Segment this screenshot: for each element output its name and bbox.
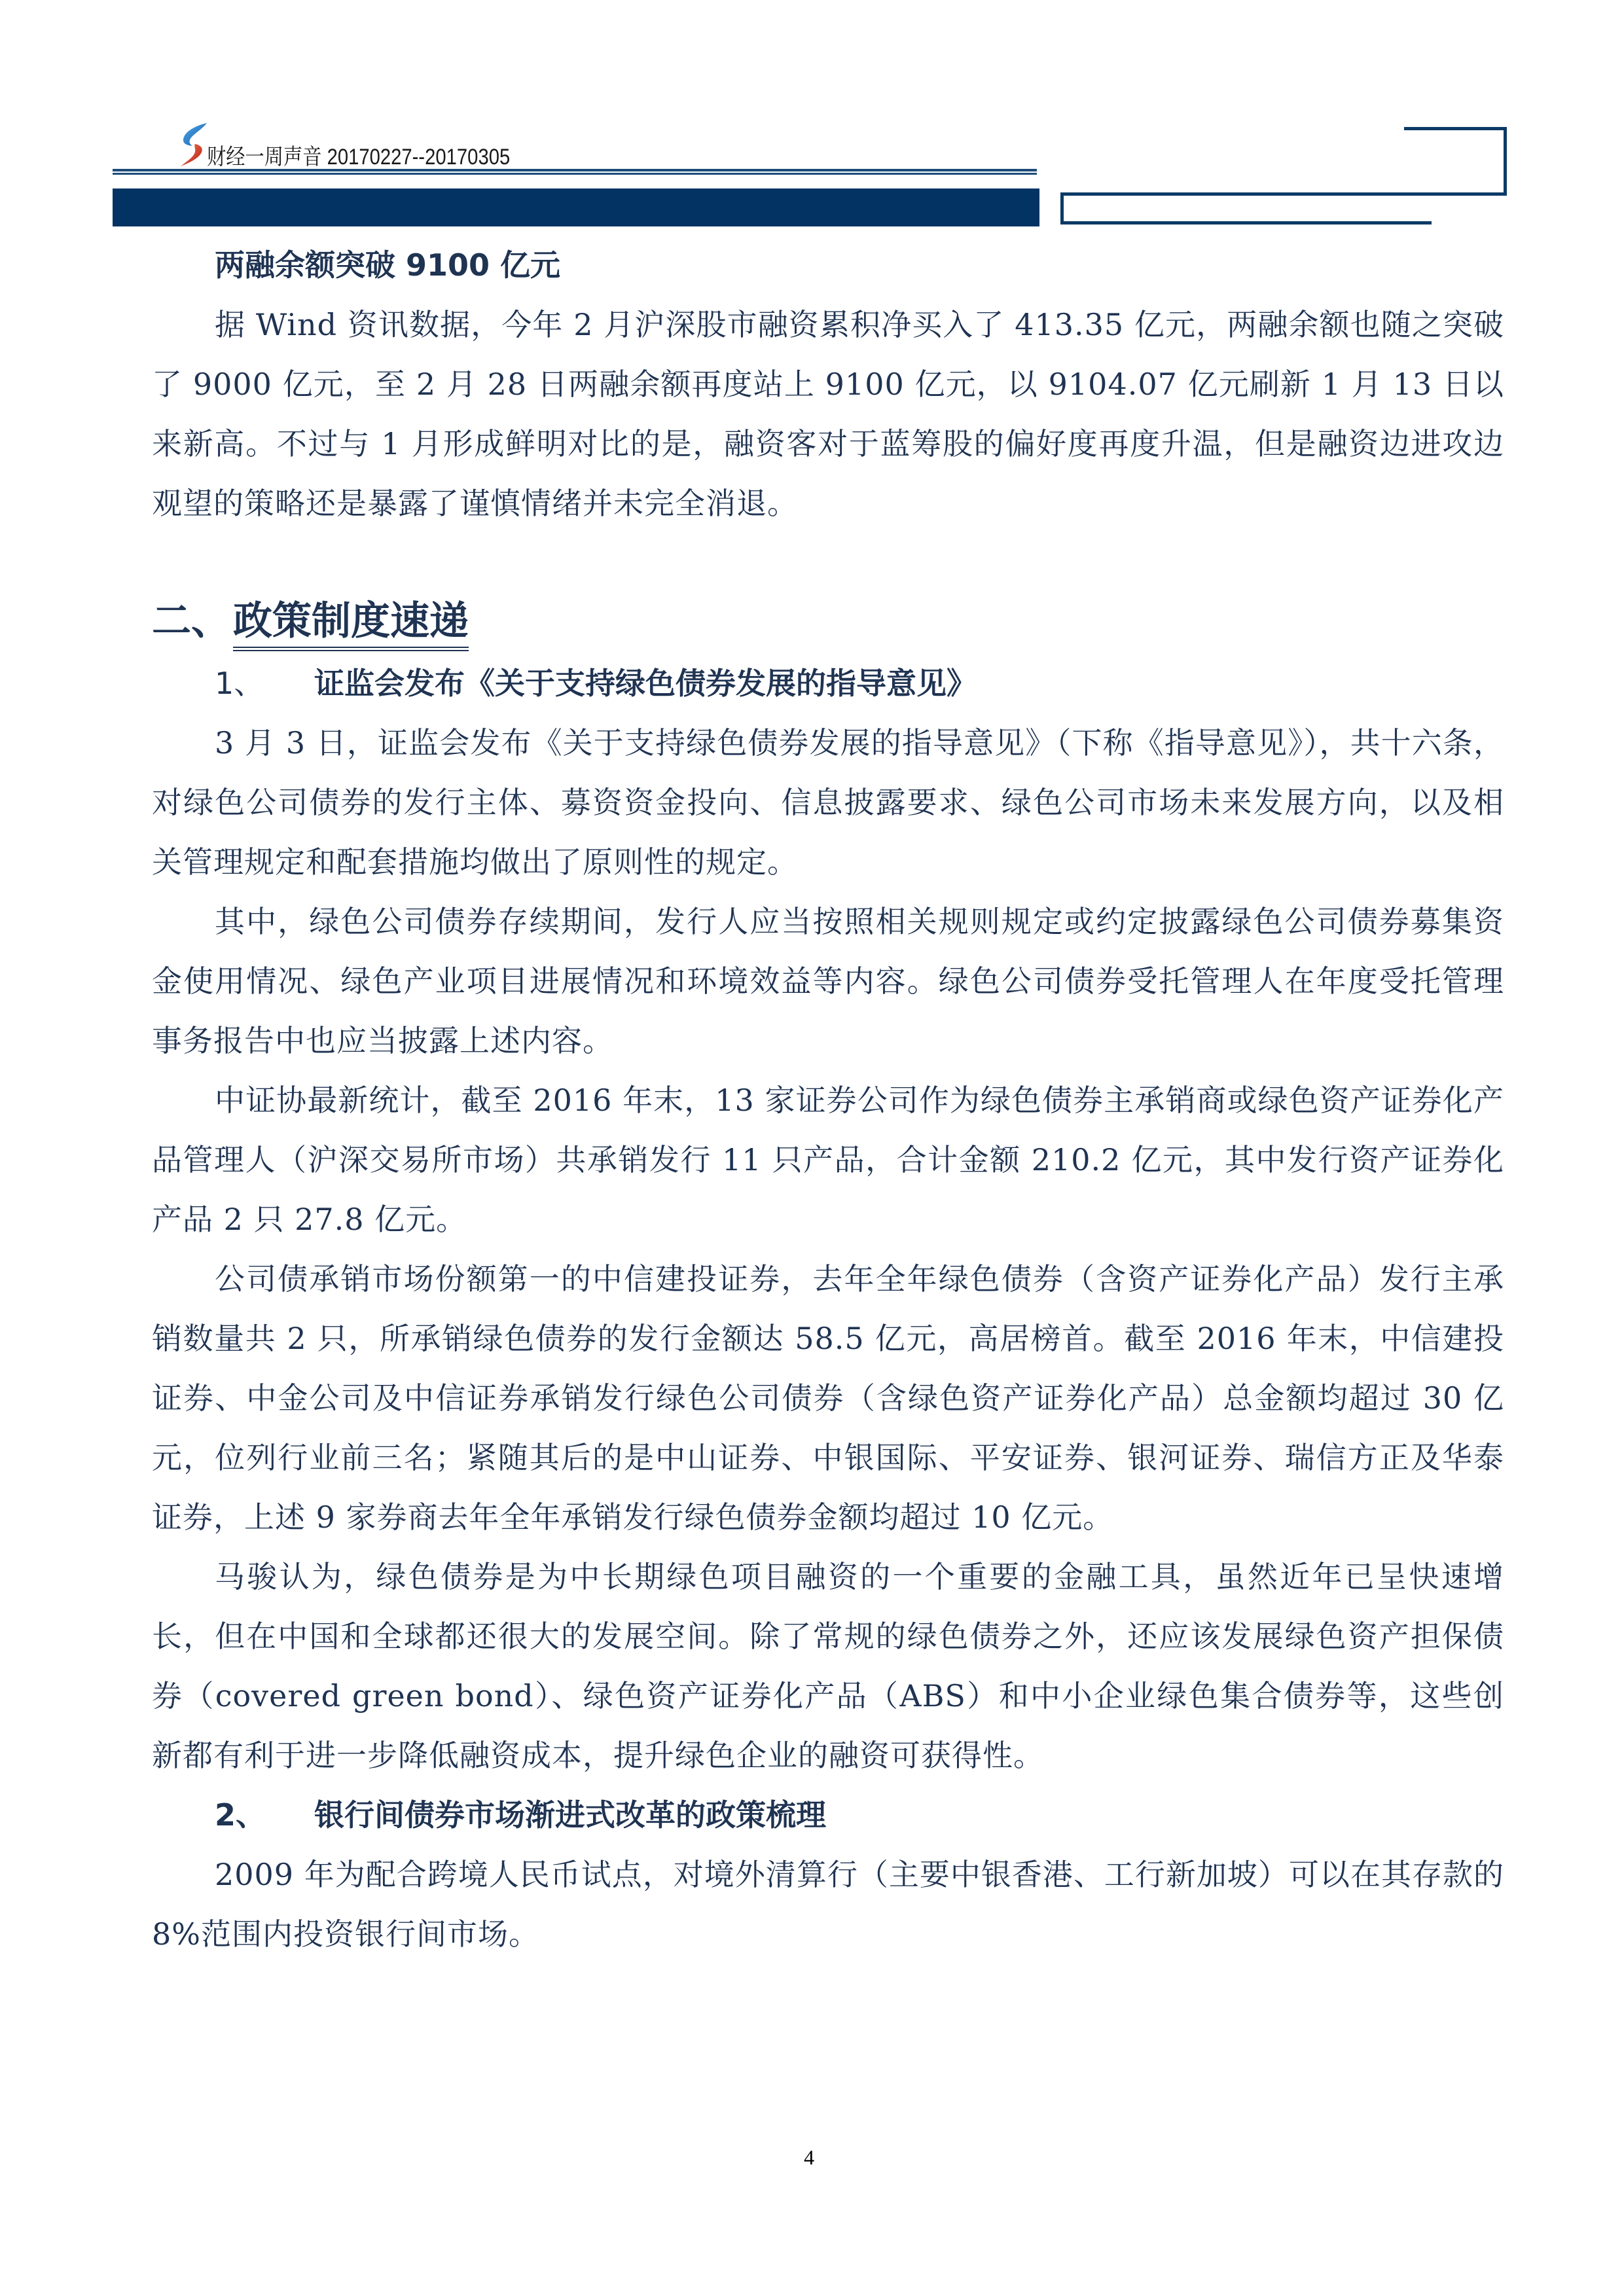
item-title: 证监会发布《关于支持绿色债券发展的指导意见》 [314,666,977,701]
document-body: 两融余额突破 9100 亿元 据 Wind 资讯数据，今年 2 月沪深股市融资累… [152,236,1504,1964]
page-number: 4 [804,2145,814,2170]
header-frame-base [1060,221,1432,224]
item-heading-1: 1、证监会发布《关于支持绿色债券发展的指导意见》 [152,654,1504,713]
header-frame-decoration [1404,127,1507,196]
paragraph: 据 Wind 资讯数据，今年 2 月沪深股市融资累积净买入了 413.35 亿元… [152,295,1504,533]
item-title: 银行间债券市场渐进式改革的政策梳理 [314,1797,826,1833]
section-title-policy: 二、政策制度速递 [152,588,1504,654]
document-header-title: 财经一周声音 20170227--20170305 [207,139,510,171]
paragraph: 2009 年为配合跨境人民币试点，对境外清算行（主要中银香港、工行新加坡）可以在… [152,1845,1504,1964]
paragraph: 马骏认为，绿色债券是为中长期绿色项目融资的一个重要的金融工具，虽然近年已呈快速增… [152,1547,1504,1785]
section-number: 二、 [152,598,230,644]
item-number: 1、 [215,654,314,713]
header-frame-left [1060,192,1064,224]
section-title-text: 政策制度速递 [233,598,469,651]
subsection-heading-margin-finance: 两融余额突破 9100 亿元 [152,236,1504,295]
paragraph: 其中，绿色公司债券存续期间，发行人应当按照相关规则规定或约定披露绿色公司债券募集… [152,892,1504,1071]
paragraph: 公司债承销市场份额第一的中信建投证券，去年全年绿色债券（含资产证券化产品）发行主… [152,1249,1504,1547]
item-number: 2、 [215,1785,314,1845]
header-band [113,188,1039,226]
header-frame-line [1060,192,1504,196]
header-double-rule [113,169,1037,175]
paragraph: 中证协最新统计，截至 2016 年末，13 家证券公司作为绿色债券主承销商或绿色… [152,1071,1504,1249]
item-heading-2: 2、银行间债券市场渐进式改革的政策梳理 [152,1785,1504,1845]
paragraph: 3 月 3 日，证监会发布《关于支持绿色债券发展的指导意见》（下称《指导意见》）… [152,713,1504,892]
